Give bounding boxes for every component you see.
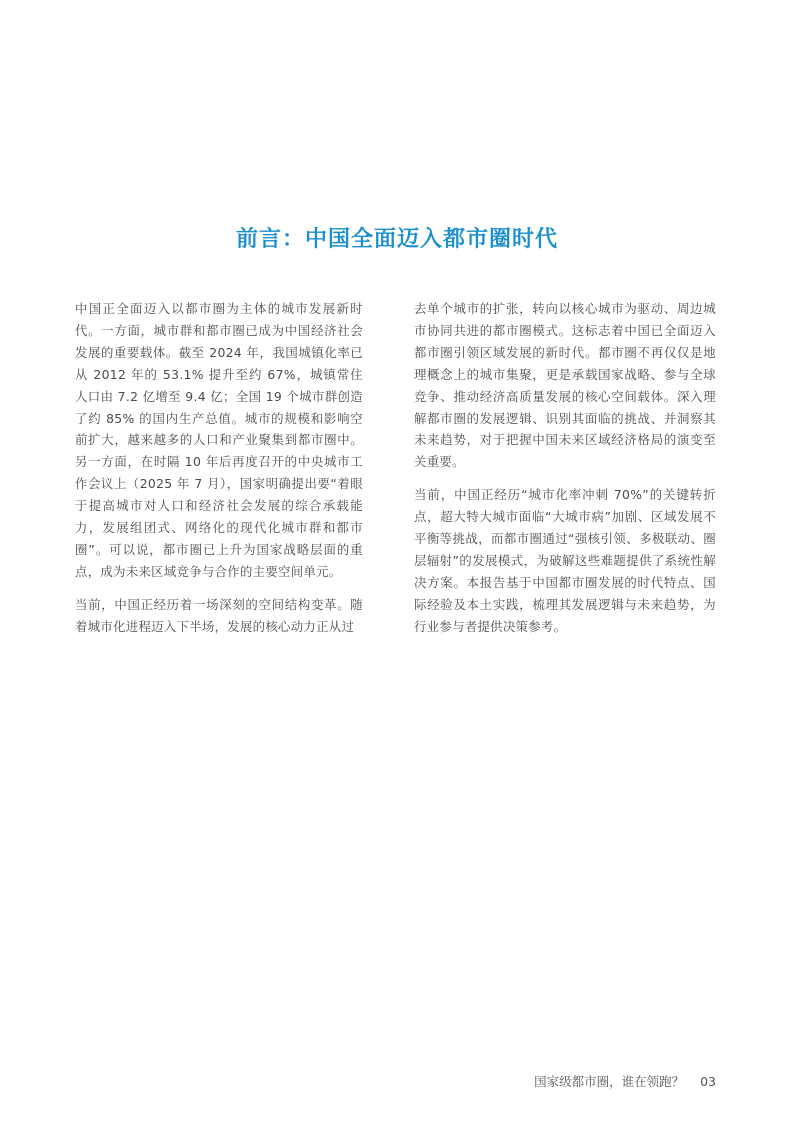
paragraph: 去单个城市的扩张，转向以核心城市为驱动、周边城市协同共进的都市圈模式。这标志着中… xyxy=(414,298,716,473)
paragraph: 中国正全面迈入以都市圈为主体的城市发展新时代。一方面，城市群和都市圈已成为中国经… xyxy=(75,298,363,583)
paragraph: 当前，中国正经历“城市化率冲刺 70%”的关键转折点，超大特大城市面临“大城市病… xyxy=(414,484,716,637)
left-column: 中国正全面迈入以都市圈为主体的城市发展新时代。一方面，城市群和都市圈已成为中国经… xyxy=(75,298,363,649)
page-footer: 国家级都市圈，谁在领跑？ 03 xyxy=(534,1072,716,1090)
page-number: 03 xyxy=(700,1074,716,1089)
page-title: 前言：中国全面迈入都市圈时代 xyxy=(0,222,794,253)
right-column: 去单个城市的扩张，转向以核心城市为驱动、周边城市协同共进的都市圈模式。这标志着中… xyxy=(414,298,716,649)
paragraph: 当前，中国正经历着一场深刻的空间结构变革。随着城市化进程迈入下半场，发展的核心动… xyxy=(75,594,363,638)
footer-report-title: 国家级都市圈，谁在领跑？ xyxy=(534,1074,684,1089)
